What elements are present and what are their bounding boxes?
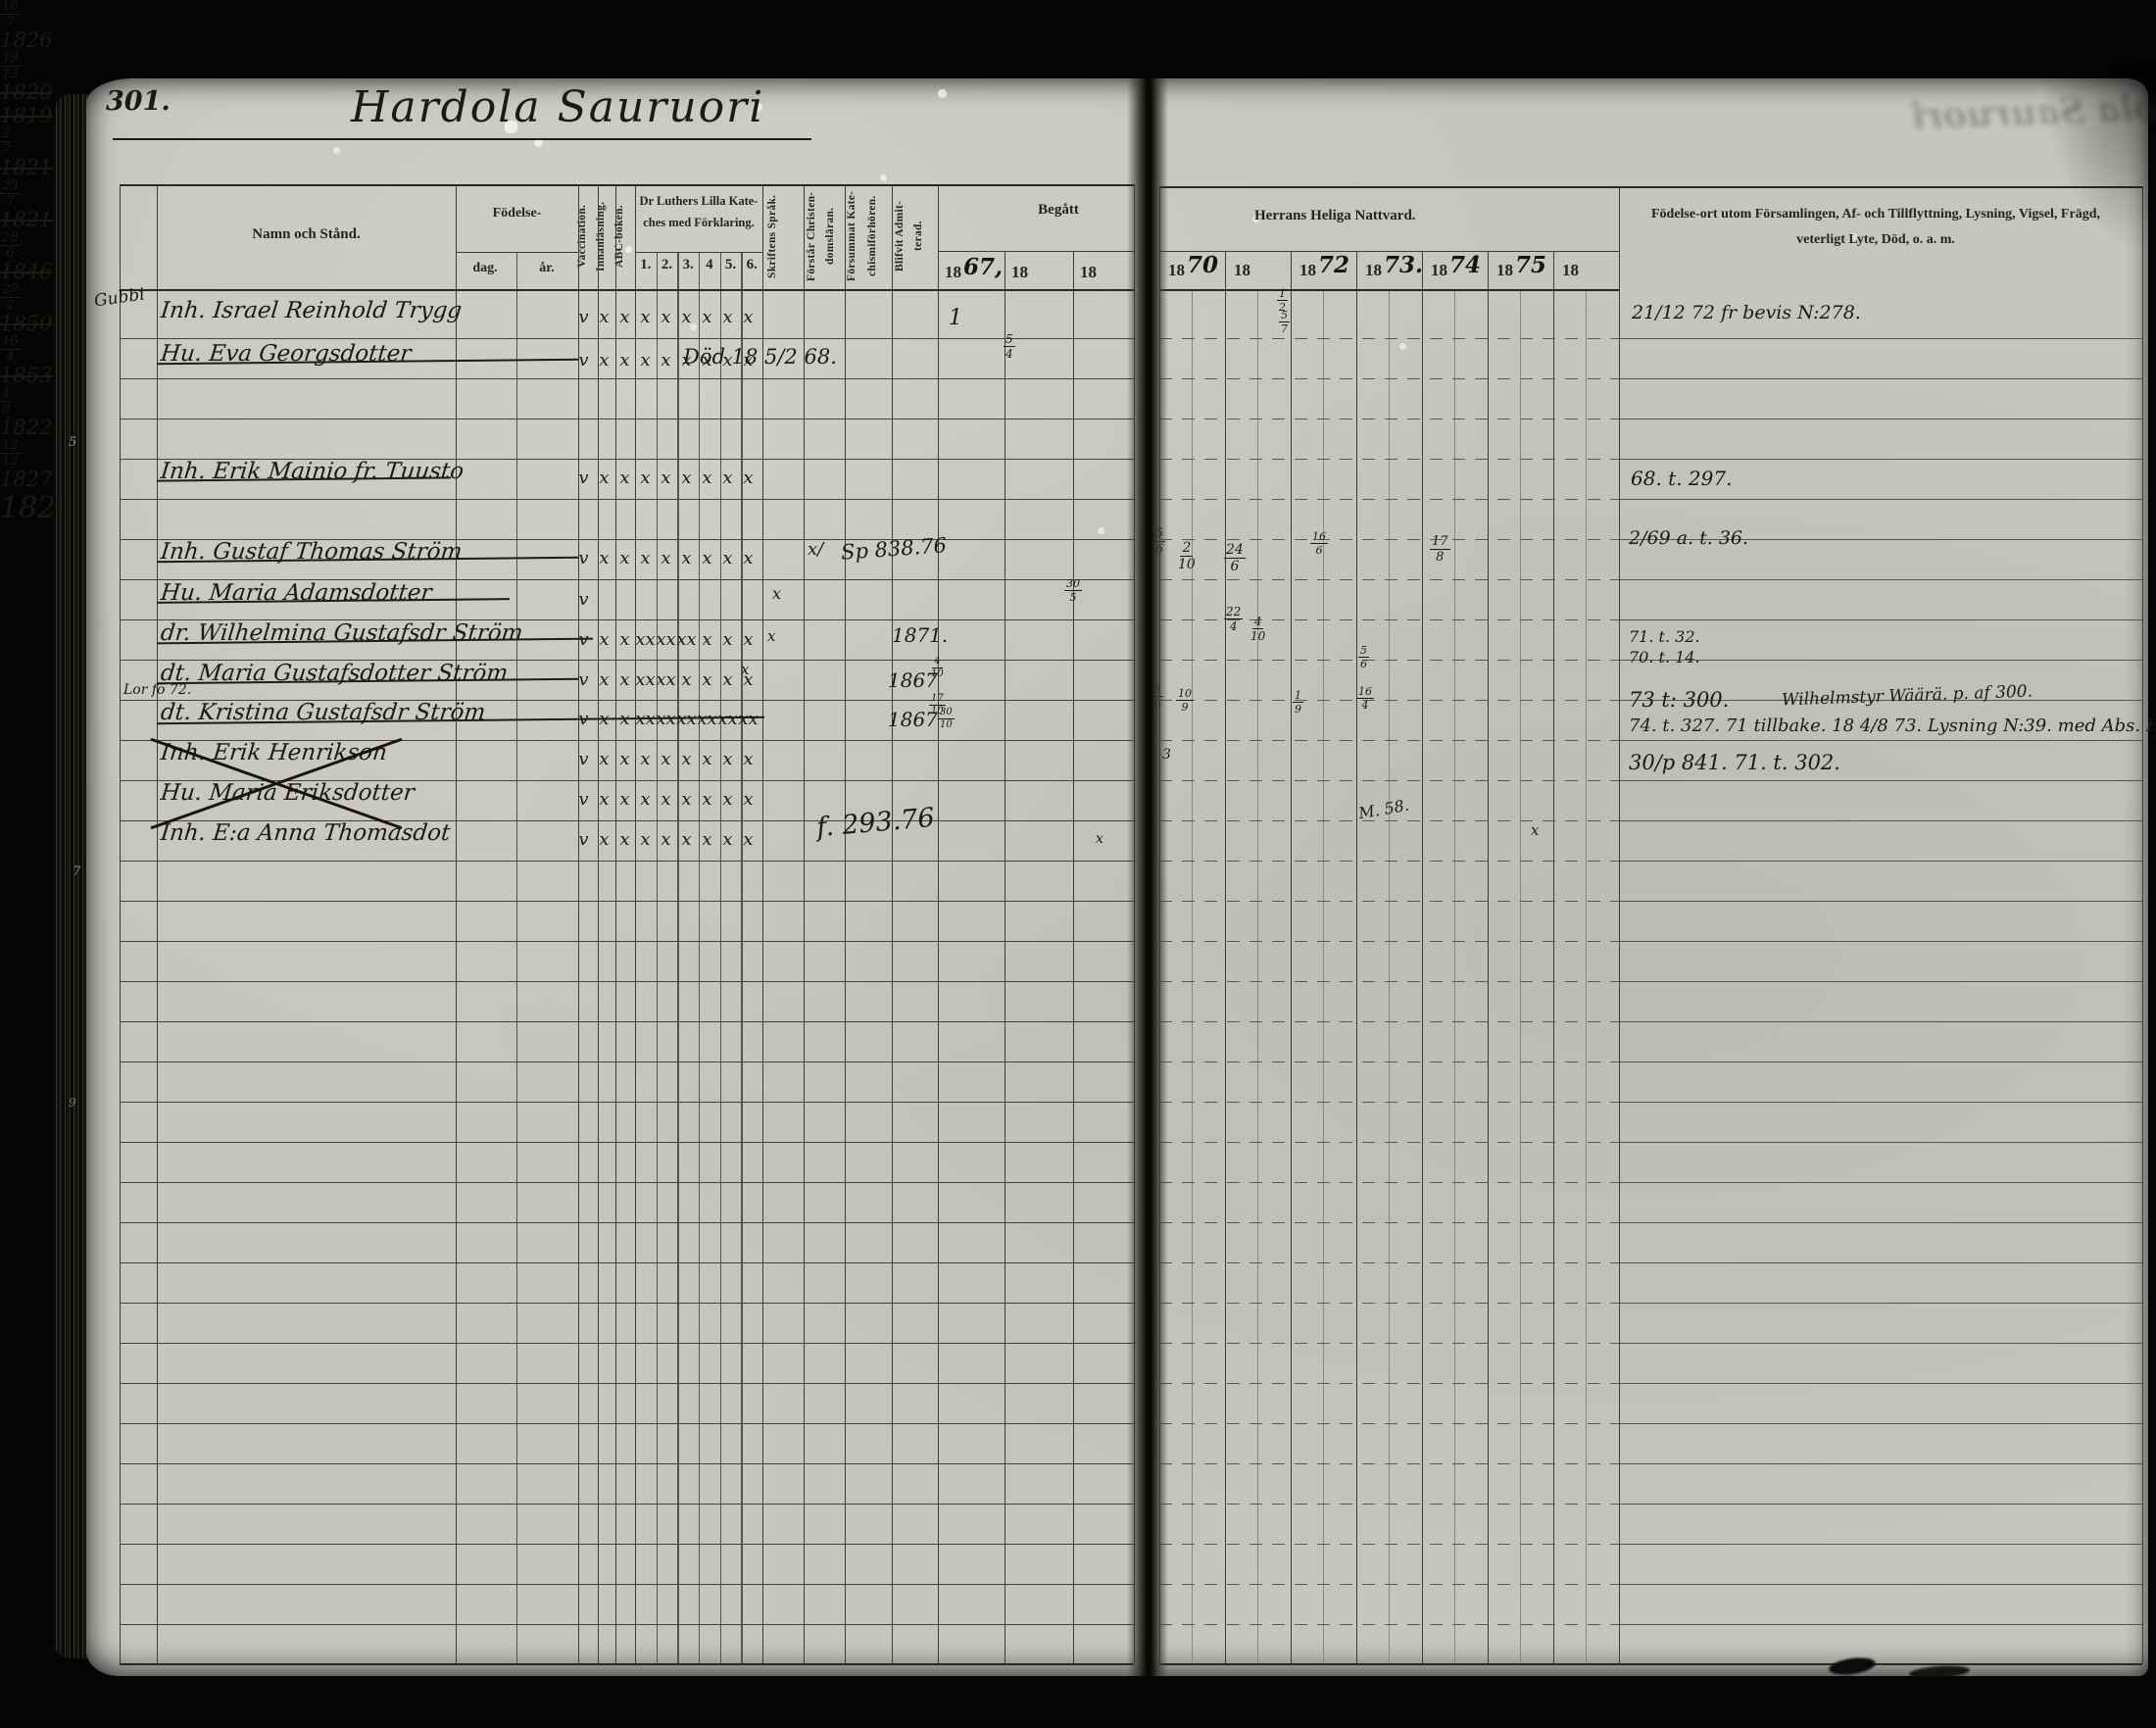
grid-line: [1620, 338, 2142, 339]
scanned-register-spread: 301. Hardola Sauruori Namn och Stånd. Fö…: [0, 0, 2156, 1728]
check-mark: x: [717, 749, 738, 769]
grid-line: [635, 252, 762, 253]
check-mark: x: [635, 350, 656, 370]
handwritten-annotation: 305: [1064, 578, 1082, 603]
check-mark: xx: [635, 629, 656, 650]
grid-line: [1620, 941, 2142, 942]
margin-note: 21/12 72 fr bevis N:278.: [1632, 302, 1861, 323]
column-header-birth-day: dag.: [456, 261, 514, 276]
grid-line: [1389, 289, 1390, 1663]
grid-line: [120, 901, 1134, 902]
grid-line: [1159, 1102, 1619, 1103]
year-cell-1873: 1873.: [1365, 255, 1423, 281]
grid-line: [120, 1584, 1134, 1585]
printed-year-prefix: 18: [945, 263, 961, 281]
check-mark: x: [614, 829, 635, 850]
grid-line: [120, 1663, 1134, 1665]
printed-year-prefix: 18: [1562, 261, 1579, 279]
grid-line: [1620, 1303, 2142, 1304]
grid-line: [120, 1343, 1134, 1344]
grid-line: [1159, 861, 1619, 862]
grid-line: [1620, 1504, 2142, 1505]
grid-line: [1004, 252, 1005, 1663]
page-title: Hardola Sauruori: [351, 82, 764, 132]
grid-line: [1159, 1504, 1619, 1505]
column-header-admitted-1: Blifvit Admit-: [894, 186, 912, 286]
grid-line: [1620, 861, 2142, 862]
column-header-name: Namn och Stånd.: [157, 226, 456, 243]
grid-line: [1620, 1343, 2142, 1344]
check-mark: x: [656, 548, 676, 568]
grid-line: [1257, 289, 1258, 1663]
catechism-col-4: 4: [699, 257, 720, 273]
grid-line: [1159, 780, 1619, 781]
handwritten-annotation: 56: [1358, 645, 1369, 669]
grid-line: [456, 184, 457, 1663]
grid-line: [120, 1262, 1134, 1263]
grid-line: [1159, 1343, 1619, 1344]
grid-line: [1159, 941, 1619, 942]
handwritten-annotation: 224: [1224, 606, 1243, 632]
grid-line: [1159, 1663, 2142, 1665]
check-mark: x: [697, 629, 717, 650]
check-mark: x: [717, 468, 738, 488]
check-mark: x: [738, 789, 759, 810]
check-mark: x: [594, 749, 614, 769]
handwritten-annotation: 178: [1430, 535, 1450, 564]
check-mark: x: [676, 669, 697, 690]
check-mark: xx: [656, 669, 676, 690]
grid-line: [120, 289, 1134, 291]
grid-line: [1159, 1262, 1619, 1263]
grid-line: [120, 1021, 1134, 1022]
grid-line: [1620, 1061, 2142, 1062]
check-mark: x: [676, 789, 697, 810]
year-cell-1875: 1875: [1496, 255, 1546, 281]
check-mark: v: [573, 307, 594, 327]
grid-line: [1159, 539, 1619, 540]
grid-line: [120, 1142, 1134, 1143]
check-mark: x: [738, 468, 759, 488]
grid-line: [598, 184, 599, 1663]
column-header-communed: Begått: [990, 202, 1127, 219]
handwritten-annotation: x: [1531, 821, 1539, 839]
year-cell-1870: 1870: [1168, 255, 1218, 281]
check-mark: x: [656, 307, 676, 327]
handwritten-annotation: x: [772, 584, 781, 603]
grid-line: [1159, 459, 1619, 460]
scan-corner-shadow: [2029, 59, 2156, 274]
check-mark: x: [738, 307, 759, 327]
margin-note: 74. t. 327. 71 tillbake. 18 4/8 73. Lysn…: [1629, 716, 2156, 736]
margin-note: 30/p 841. 71. t. 302.: [1629, 751, 1840, 774]
grid-line: [1620, 1021, 2142, 1022]
grid-line: [1159, 499, 1619, 500]
grid-line: [1454, 289, 1455, 1663]
printed-year-prefix: 18: [1365, 261, 1382, 279]
grid-line: [1620, 419, 2142, 420]
handwritten-year: 70: [1187, 252, 1218, 278]
grid-line: [120, 981, 1134, 982]
year-cell-blank-3: 18: [1234, 255, 1252, 281]
grid-line: [1620, 378, 2142, 379]
grid-line: [845, 184, 846, 1663]
reading-marks: v: [573, 589, 594, 610]
grid-line: [1159, 820, 1619, 821]
grid-line: [1488, 252, 1489, 1663]
page-number: 301.: [106, 86, 171, 117]
handwritten-annotation: 210: [1178, 541, 1196, 571]
handwritten-annotation: Död 18 5/2 68.: [683, 345, 837, 369]
grid-line: [516, 253, 517, 1663]
handwritten-annotation: 3010: [938, 708, 955, 730]
handwritten-annotation: 410: [1250, 616, 1265, 642]
grid-line: [120, 861, 1134, 862]
grid-line: [1159, 338, 1619, 339]
printed-year-prefix: 18: [1496, 261, 1513, 279]
grid-line: [1192, 289, 1193, 1663]
handwritten-annotation: 246: [1224, 543, 1246, 573]
reading-marks: vxxxxxxxx: [573, 548, 759, 568]
grid-line: [762, 184, 763, 1663]
check-mark: x: [656, 350, 676, 370]
grid-line: [1620, 901, 2142, 902]
check-mark: x: [594, 829, 614, 850]
column-header-missed-2: chismiförhören.: [866, 186, 886, 286]
grid-line: [1620, 1463, 2142, 1464]
handwritten-annotation: x: [741, 661, 749, 678]
column-header-catechism-line2: ches med Förklaring.: [635, 216, 762, 230]
check-mark: x: [614, 350, 635, 370]
check-mark: x: [614, 629, 635, 650]
handwritten-year: 74: [1449, 252, 1481, 278]
grid-line: [1620, 981, 2142, 982]
row-name: Hu. Maria Eriksdotter: [160, 780, 416, 806]
handwritten-annotation: 57: [1279, 310, 1290, 334]
grid-line: [1159, 700, 1619, 701]
grid-line: [1620, 1222, 2142, 1223]
check-mark: x: [738, 548, 759, 568]
grid-line: [1159, 1463, 1619, 1464]
handwritten-annotation: 109: [1176, 688, 1194, 713]
grid-line: [1620, 1102, 2142, 1103]
grid-line: [1553, 252, 1554, 1663]
grid-line: [1620, 780, 2142, 781]
year-cell-1872: 1872: [1299, 255, 1349, 281]
handwritten-annotation: 54: [1004, 333, 1015, 360]
grid-line: [1586, 289, 1587, 1663]
handwritten-annotation: 1: [949, 306, 962, 330]
grid-line: [1159, 1423, 1619, 1424]
handwritten-year: 72: [1318, 252, 1349, 278]
reading-marks: vxxxxxxxx: [573, 307, 759, 327]
grid-line: [1225, 252, 1226, 1663]
column-header-birth: Födelse-: [456, 206, 578, 222]
check-mark: x: [656, 829, 676, 850]
column-header-understands-2: domsläran.: [824, 186, 843, 286]
margin-note: 71. t. 32.: [1629, 627, 1700, 646]
grid-line: [1620, 1423, 2142, 1424]
birth-year: 1826: [0, 28, 2156, 52]
printed-year-prefix: 18: [1299, 261, 1316, 279]
check-mark: x: [697, 829, 717, 850]
grid-line: [1073, 252, 1074, 1663]
check-mark: x: [614, 307, 635, 327]
grid-line: [120, 1383, 1134, 1384]
grid-line: [720, 253, 721, 1663]
printed-year-prefix: 18: [1234, 261, 1250, 279]
check-mark: x: [635, 548, 656, 568]
grid-line: [1620, 459, 2142, 460]
grid-line: [1159, 251, 1619, 252]
check-mark: x: [594, 669, 614, 690]
grid-line: [113, 138, 811, 140]
check-mark: x: [717, 629, 738, 650]
column-header-communion: Herrans Heliga Nattvard.: [1254, 208, 1416, 224]
grid-line: [892, 184, 893, 1663]
grid-line: [157, 184, 158, 1663]
year-cell-blank-4: 18: [1562, 255, 1581, 281]
grid-line: [1620, 1182, 2142, 1183]
check-mark: x: [697, 669, 717, 690]
check-mark: xx: [738, 709, 759, 729]
check-mark: x: [676, 307, 697, 327]
grid-line: [1620, 1624, 2142, 1625]
handwritten-annotation: x: [1096, 831, 1103, 847]
row-name: Inh. E:a Anna Thomasdot: [160, 820, 452, 846]
grid-line: [657, 253, 658, 1663]
check-mark: x: [738, 629, 759, 650]
grid-line: [120, 419, 1134, 420]
grid-line: [120, 378, 1134, 379]
handwritten-annotation: 166: [1310, 531, 1328, 556]
handwritten-year: 67,: [963, 254, 1003, 280]
grid-line: [1159, 901, 1619, 902]
grid-line: [1620, 619, 2142, 620]
catechism-col-6: 6.: [741, 257, 762, 273]
grid-line: [1619, 186, 1620, 1663]
check-mark: x: [717, 548, 738, 568]
grid-line: [120, 1463, 1134, 1464]
grid-line: [699, 253, 700, 1663]
grid-line: [1291, 252, 1292, 1663]
check-mark: x: [635, 789, 656, 810]
grid-line: [1422, 252, 1423, 1663]
check-mark: v: [573, 589, 594, 610]
margin-note: 68. t. 297.: [1631, 467, 1732, 490]
check-mark: x: [656, 468, 676, 488]
check-mark: x: [697, 468, 717, 488]
check-mark: x: [717, 669, 738, 690]
grid-line: [1620, 1383, 2142, 1384]
grid-line: [615, 184, 616, 1663]
birth-day: 167: [0, 0, 2156, 28]
scan-specks: [0, 0, 3, 3]
check-mark: x: [594, 350, 614, 370]
handwritten-annotation: 410: [931, 657, 944, 679]
handwritten-annotation: 5: [69, 435, 76, 450]
reading-marks: vxxxxxxxx: [573, 829, 759, 850]
handwritten-annotation: 19: [1293, 690, 1303, 715]
check-mark: x: [614, 789, 635, 810]
column-header-admitted-2: terad.: [912, 186, 931, 286]
grid-line: [120, 184, 1134, 186]
check-mark: x: [697, 789, 717, 810]
check-mark: x: [614, 468, 635, 488]
grid-line: [1159, 1142, 1619, 1143]
column-header-scripture: Skriftens Språk.: [766, 186, 802, 286]
check-mark: x: [614, 749, 635, 769]
grid-line: [1159, 186, 2142, 188]
page-gutter: [1127, 78, 1168, 1676]
check-mark: x: [738, 749, 759, 769]
grid-line: [1620, 1584, 2142, 1585]
grid-line: [1620, 1544, 2142, 1545]
grid-line: [1159, 1182, 1619, 1183]
grid-line: [1620, 1262, 2142, 1263]
grid-line: [120, 1303, 1134, 1304]
row-name: Inh. Israel Reinhold Trygg: [160, 298, 464, 323]
printed-year-prefix: 18: [1168, 261, 1185, 279]
grid-line: [1620, 579, 2142, 580]
grid-line: [938, 184, 939, 1663]
check-mark: x: [697, 548, 717, 568]
handwritten-annotation: x/: [808, 539, 823, 560]
check-mark: x: [594, 468, 614, 488]
grid-line: [120, 338, 1134, 339]
grid-line: [1159, 419, 1619, 420]
handwritten-annotation: x: [767, 627, 775, 645]
reading-marks: vxxxxxxxxxxx: [573, 629, 759, 650]
grid-line: [1620, 740, 2142, 741]
check-mark: x: [697, 307, 717, 327]
check-mark: v: [573, 789, 594, 810]
handwritten-annotation: Lor fö 72.: [123, 682, 191, 698]
handwritten-annotation: 1871.: [892, 623, 948, 647]
check-mark: x: [635, 749, 656, 769]
check-mark: x: [656, 749, 676, 769]
handwritten-year: 73.: [1384, 252, 1423, 278]
handwritten-annotation: 164: [1356, 686, 1374, 711]
grid-line: [120, 1624, 1134, 1625]
reading-marks: vxxxxxxxxxx: [573, 669, 759, 690]
handwritten-year: 75: [1515, 252, 1546, 278]
grid-line: [804, 184, 805, 1663]
year-cell-1874: 1874: [1431, 255, 1481, 281]
grid-line: [1159, 1222, 1619, 1223]
grid-line: [120, 941, 1134, 942]
check-mark: xx: [676, 629, 697, 650]
check-mark: v: [573, 749, 594, 769]
grid-line: [1159, 1383, 1619, 1384]
grid-line: [1159, 1061, 1619, 1062]
grid-line: [1620, 499, 2142, 500]
grid-line: [635, 184, 636, 1663]
grid-line: [1159, 660, 1619, 661]
check-mark: xx: [656, 629, 676, 650]
printed-year-prefix: 18: [1080, 263, 1097, 281]
grid-line: [120, 1061, 1134, 1062]
handwritten-annotation: 7: [73, 864, 80, 879]
check-mark: v: [573, 829, 594, 850]
grid-line: [120, 1222, 1134, 1223]
check-mark: x: [738, 829, 759, 850]
grid-line: [578, 184, 579, 1663]
year-cell-blank-1: 18: [1011, 257, 1072, 283]
catechism-col-5: 5.: [720, 257, 742, 273]
check-mark: x: [635, 468, 656, 488]
check-mark: x: [614, 548, 635, 568]
column-header-catechism-line1: Dr Luthers Lilla Kate-: [635, 194, 762, 209]
grid-line: [1159, 740, 1619, 741]
printed-year-prefix: 18: [1011, 263, 1028, 281]
handwritten-annotation: 9: [69, 1096, 76, 1110]
check-mark: x: [676, 829, 697, 850]
grid-line: [1159, 1624, 1619, 1625]
column-header-birth-year: år.: [516, 261, 577, 276]
grid-line: [120, 1544, 1134, 1545]
check-mark: x: [635, 829, 656, 850]
reading-marks: vxxxxxxxx: [573, 749, 759, 769]
printed-year-prefix: 18: [1431, 261, 1447, 279]
grid-line: [1620, 820, 2142, 821]
check-mark: x: [676, 548, 697, 568]
grid-line: [1159, 579, 1619, 580]
grid-line: [1323, 289, 1324, 1663]
grid-line: [120, 184, 121, 1663]
grid-line: [1159, 1584, 1619, 1585]
grid-line: [1620, 1142, 2142, 1143]
check-mark: x: [656, 789, 676, 810]
check-mark: x: [614, 669, 635, 690]
reading-marks: vxxxxxxxx: [573, 468, 759, 488]
grid-line: [1520, 289, 1521, 1663]
grid-line: [1159, 1303, 1619, 1304]
check-mark: x: [697, 749, 717, 769]
catechism-col-2: 2.: [657, 257, 678, 273]
check-mark: x: [594, 789, 614, 810]
check-mark: x: [717, 829, 738, 850]
margin-note: 70. t. 14.: [1629, 648, 1700, 667]
column-header-understands-1: Förstår Christen-: [806, 186, 824, 286]
grid-line: [1159, 981, 1619, 982]
grid-line: [1356, 252, 1357, 1663]
grid-line: [456, 252, 578, 253]
catechism-col-1: 1.: [635, 257, 657, 273]
grid-line: [120, 1102, 1134, 1103]
column-header-missed-1: Försummat Kate-: [846, 186, 865, 286]
check-mark: x: [676, 749, 697, 769]
grid-line: [1159, 378, 1619, 379]
grid-line: [741, 253, 742, 1663]
check-mark: x: [594, 307, 614, 327]
check-mark: x: [594, 548, 614, 568]
check-mark: xx: [635, 669, 656, 690]
grid-line: [120, 1182, 1134, 1183]
check-mark: x: [594, 629, 614, 650]
catechism-col-3: 3.: [677, 257, 699, 273]
birth-day: 1912: [0, 52, 2156, 80]
grid-line: [120, 1423, 1134, 1424]
margin-note: 2/69 a. t. 36.: [1629, 527, 1748, 549]
check-mark: x: [717, 307, 738, 327]
check-mark: v: [573, 468, 594, 488]
grid-line: [2142, 186, 2143, 1663]
grid-line: [1159, 1021, 1619, 1022]
year-cell-1867: 1867,: [945, 257, 1005, 283]
margin-note: 73 t: 300.: [1629, 688, 1729, 712]
grid-line: [1159, 1544, 1619, 1545]
